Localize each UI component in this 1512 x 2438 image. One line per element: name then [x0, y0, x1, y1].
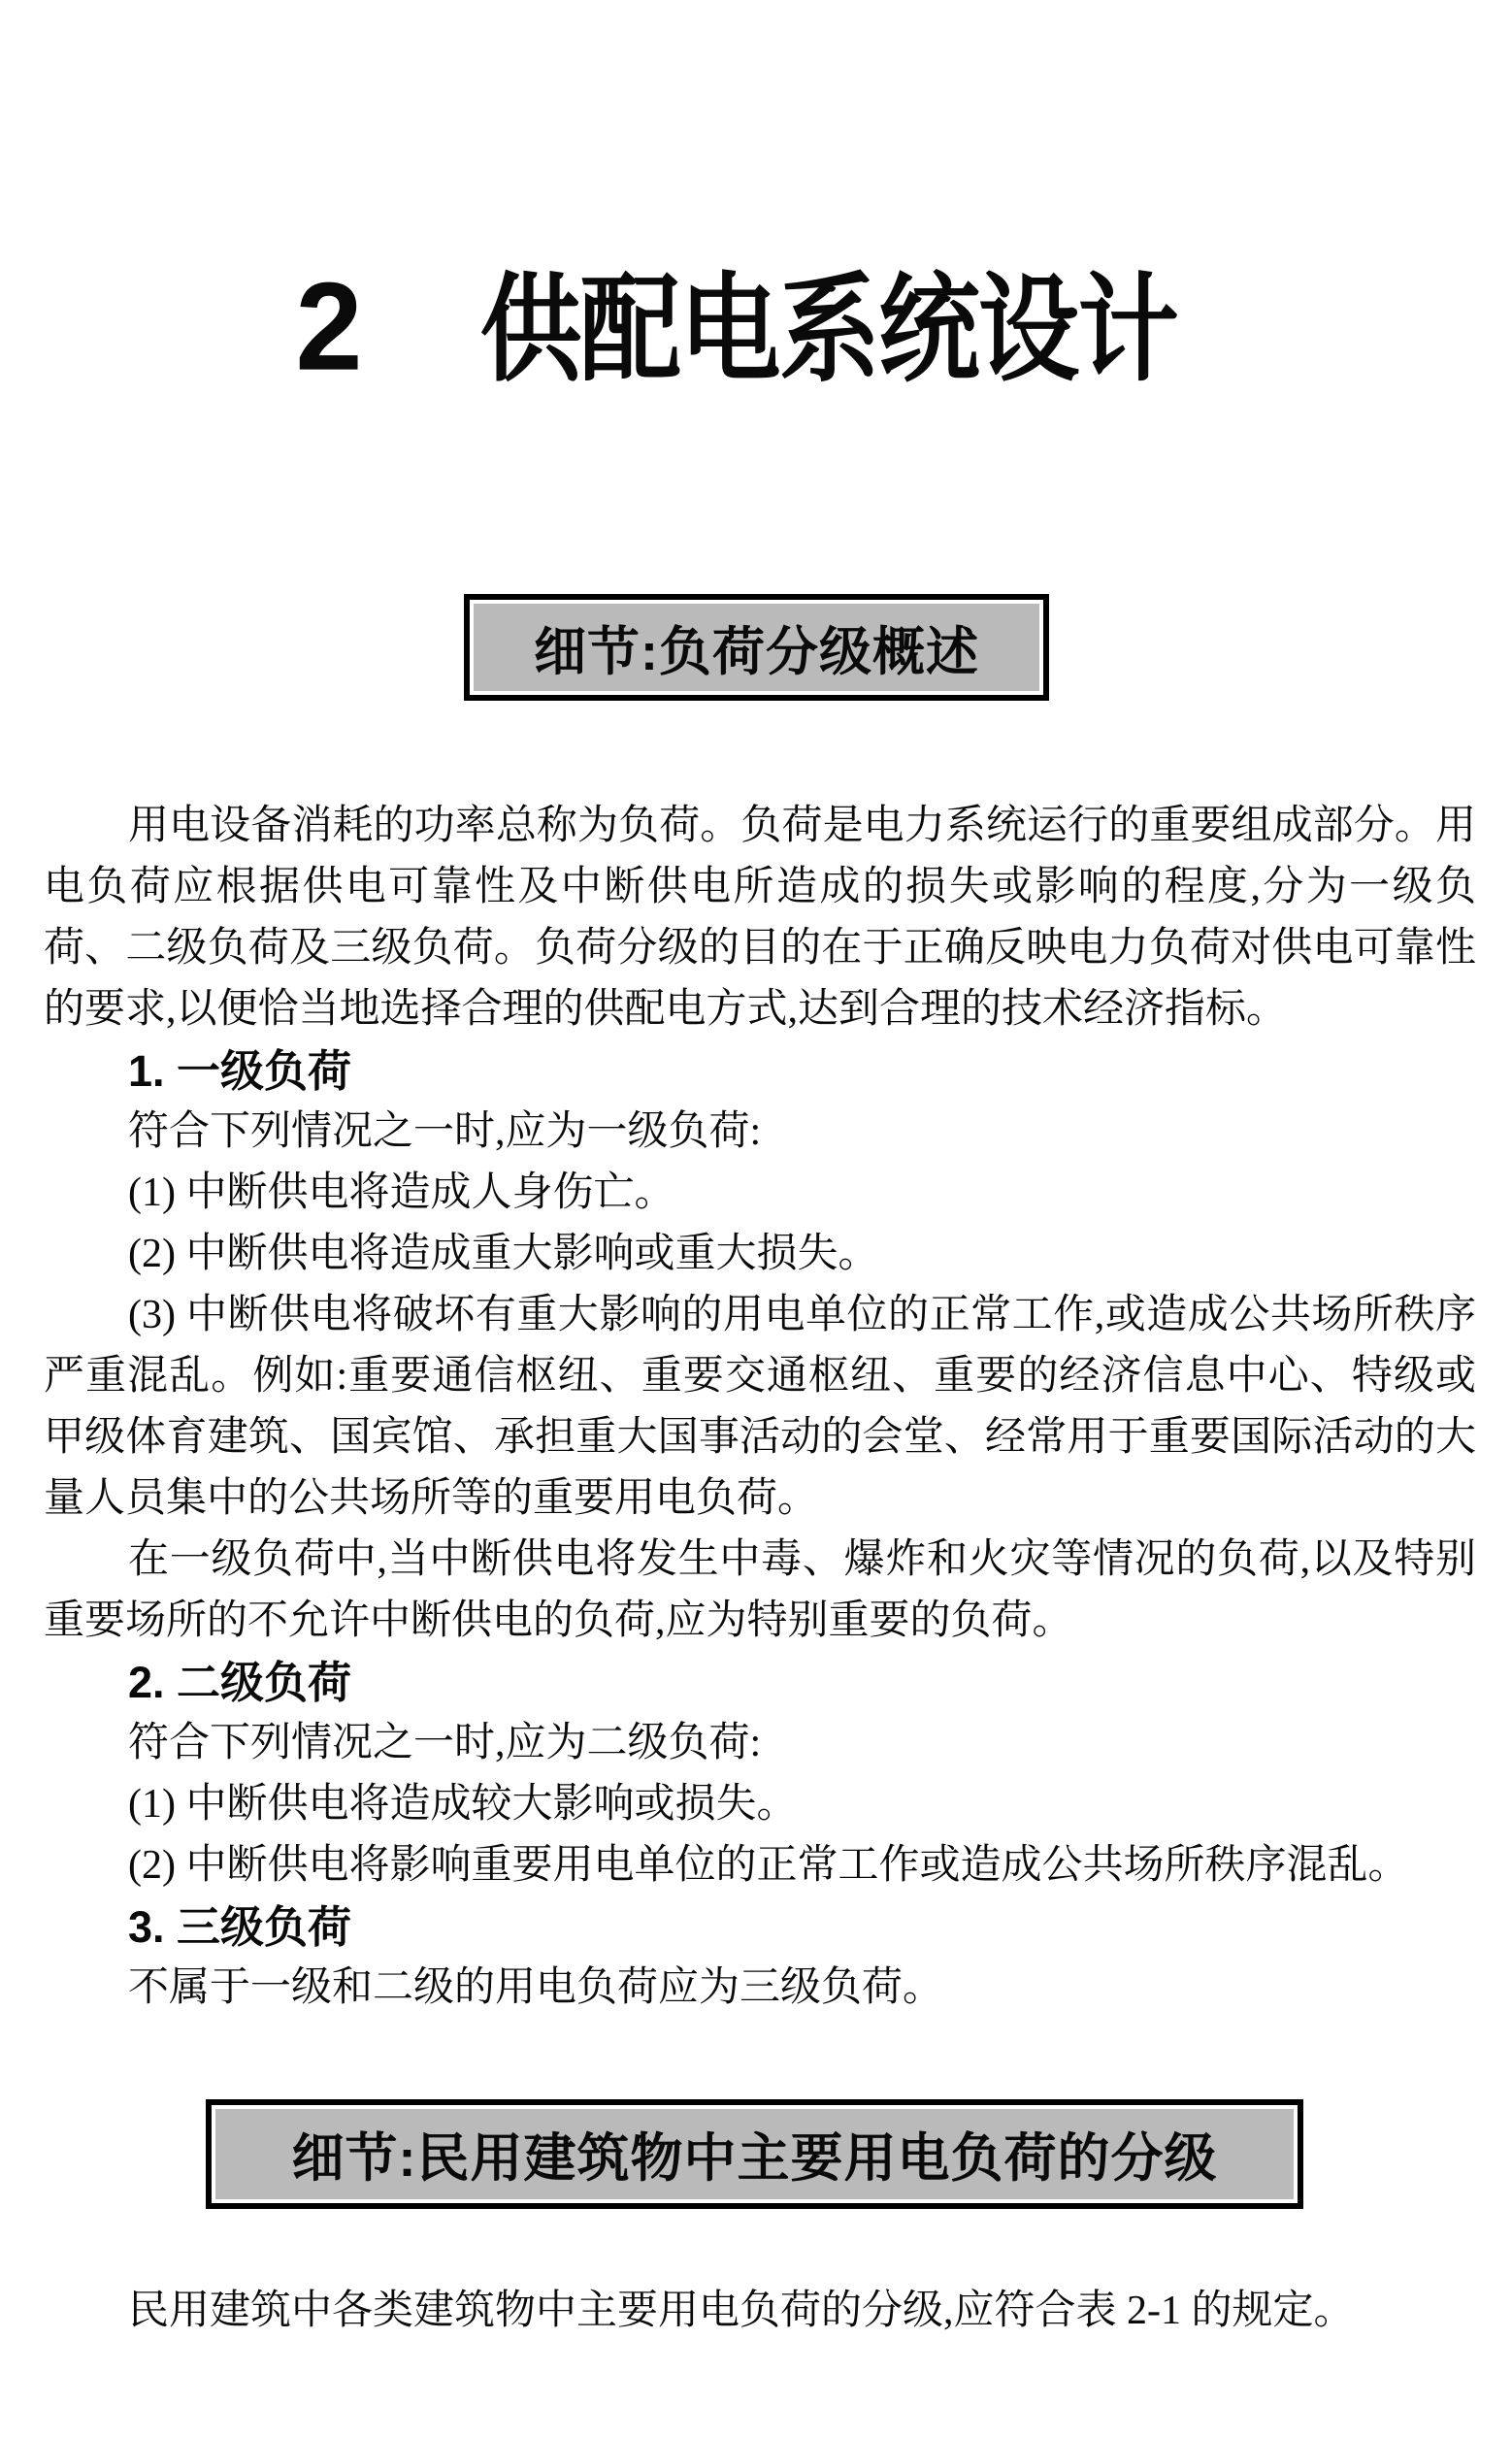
section3-text: 不属于一级和二级的用电负荷应为三级负荷。 [44, 1958, 1476, 2019]
section1-note: 在一级负荷中,当中断供电将发生中毒、爆炸和火灾等情况的负荷,以及特别重要场所的不… [44, 1530, 1476, 1652]
detail-box-load-classification-overview: 细节:负荷分级概述 [464, 594, 1049, 701]
section1-item-1: (1) 中断供电将造成人身伤亡。 [44, 1163, 1476, 1224]
book-page: 2供配电系统设计 细节:负荷分级概述 用电设备消耗的功率总称为负荷。负荷是电力系… [0, 0, 1512, 2438]
chapter-title-text: 供配电系统设计 [480, 236, 1177, 405]
detail-box-label: 细节:民用建筑物中主要用电负荷的分级 [215, 2109, 1294, 2199]
section2-item-2: (2) 中断供电将影响重要用电单位的正常工作或造成公共场所秩序混乱。 [44, 1835, 1476, 1896]
section-head-level3-load: 3. 三级负荷 [44, 1896, 1476, 1958]
closing-paragraph: 民用建筑中各类建筑物中主要用电负荷的分级,应符合表 2-1 的规定。 [44, 2281, 1476, 2342]
section2-item-1: (1) 中断供电将造成较大影响或损失。 [44, 1774, 1476, 1835]
detail-box-civil-building-load-classification: 细节:民用建筑物中主要用电负荷的分级 [206, 2099, 1303, 2209]
section1-lead: 符合下列情况之一时,应为一级负荷: [44, 1102, 1476, 1163]
section-head-level2-load: 2. 二级负荷 [44, 1652, 1476, 1713]
chapter-title: 2供配电系统设计 [0, 239, 1512, 401]
detail-box-label: 细节:负荷分级概述 [474, 604, 1039, 691]
chapter-number: 2 [296, 255, 363, 399]
body-text: 用电设备消耗的功率总称为负荷。负荷是电力系统运行的重要组成部分。用电负荷应根据供… [44, 796, 1476, 2019]
section1-item-2: (2) 中断供电将造成重大影响或重大损失。 [44, 1224, 1476, 1285]
section-head-level1-load: 1. 一级负荷 [44, 1040, 1476, 1102]
section2-lead: 符合下列情况之一时,应为二级负荷: [44, 1713, 1476, 1774]
section1-item-3: (3) 中断供电将破坏有重大影响的用电单位的正常工作,或造成公共场所秩序严重混乱… [44, 1285, 1476, 1530]
paragraph-intro: 用电设备消耗的功率总称为负荷。负荷是电力系统运行的重要组成部分。用电负荷应根据供… [44, 796, 1476, 1040]
